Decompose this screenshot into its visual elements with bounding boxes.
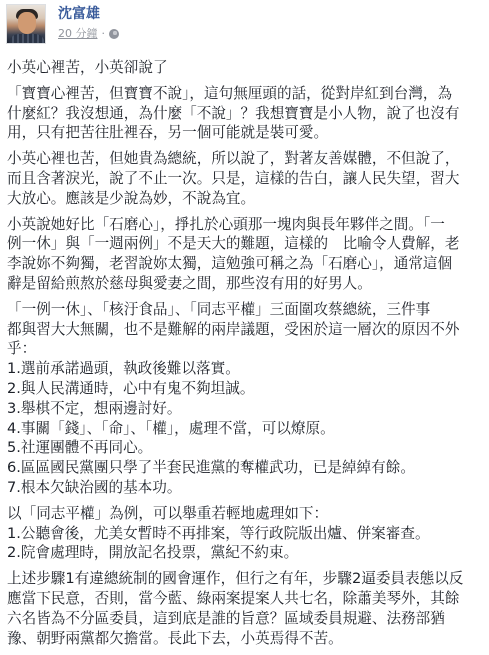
text-line: 小英心裡也苦，但她貴為總統，所以說了，對著友善媒體，不但說了， <box>7 149 485 169</box>
list-item: 5.社運團體不再同心。 <box>7 438 485 458</box>
paragraph-4: 「一例一休」、「核汙食品」、「同志平權」三面圍攻蔡總統，三件事 都與習大大無關，… <box>7 300 485 498</box>
text-line: 例一休」與「一週兩例」不是天大的難題，這樣的 比喻令人費解，老 <box>7 234 485 254</box>
text-line: 乎： <box>7 339 485 359</box>
globe-icon[interactable] <box>109 29 119 39</box>
post-meta: 沈富雄 20 分鐘 · <box>58 4 119 42</box>
text-line: 都與習大大無關，也不是難解的兩岸議題，受困於這一層次的原因不外 <box>7 320 485 340</box>
paragraph-2: 小英心裡也苦，但她貴為總統，所以說了，對著友善媒體，不但說了， 而且含著淚光，說… <box>7 149 485 208</box>
text-line: 上述步驟1有違總統制的國會運作，但行之有年，步驟2逼委員表態以反 <box>7 569 485 589</box>
paragraph-1: 「寶寶心裡苦，但寶寶不說」，這句無厘頭的話，從對岸紅到台灣，為 什麼紅？我沒想通… <box>7 84 485 143</box>
list-item: 1.公聽會後，尤美女暫時不再排案，等行政院版出爐、併案審查。 <box>7 524 485 544</box>
text-line: 豫、朝野兩黨都欠擔當。長此下去，小英焉得不苦。 <box>7 629 485 649</box>
list-item: 1.選前承諾過頭，執政後難以落實。 <box>7 359 485 379</box>
timestamp-link[interactable]: 20 分鐘 <box>58 26 98 42</box>
text-line: 李說妳不夠獨，老習說妳太獨，這勉強可稱之為「石磨心」，通常這個 <box>7 254 485 274</box>
avatar[interactable] <box>6 4 46 44</box>
list-item: 4.事關「錢」、「命」、「權」，處理不當，可以燎原。 <box>7 419 485 439</box>
paragraph-5: 以「同志平權」為例，可以舉重若輕地處理如下： 1.公聽會後，尤美女暫時不再排案，… <box>7 504 485 563</box>
text-line: 什麼紅？我沒想通，為什麼「不說」？我想寶寶是小人物，說了也沒有 <box>7 104 485 124</box>
avatar-face <box>18 12 36 34</box>
text-line: 而且含著淚光，說了不止一次。只是，這樣的告白，讓人民失望，習大 <box>7 169 485 189</box>
list-item: 2.與人民溝通時，心中有鬼不夠坦誠。 <box>7 379 485 399</box>
text-line: 六名皆為不分區委員，這到底是誰的旨意？區域委員規避、法務部猶 <box>7 609 485 629</box>
avatar-shirt <box>9 34 45 44</box>
text-line: 大放心。應該是少說為妙，不說為宜。 <box>7 189 485 209</box>
list-item: 6.區區國民黨團只學了半套民進黨的奪權武功，已是綽綽有餘。 <box>7 458 485 478</box>
text-line: 「寶寶心裡苦，但寶寶不說」，這句無厘頭的話，從對岸紅到台灣，為 <box>7 84 485 104</box>
post-header: 沈富雄 20 分鐘 · <box>6 4 119 46</box>
list-item: 2.院會處理時，開放記名投票，黨紀不約束。 <box>7 543 485 563</box>
paragraph-3: 小英說她好比「石磨心」，掙扎於心頭那一塊肉與長年夥伴之間。「一 例一休」與「一週… <box>7 215 485 294</box>
post-subline: 20 分鐘 · <box>58 26 119 42</box>
text-line: 小英心裡苦，小英卻說了 <box>7 58 485 78</box>
text-line: 應當下民意，否則，當今藍、綠兩案提案人共七名，除蕭美琴外，其餘 <box>7 589 485 609</box>
text-line: 辭是留給煎熬於慈母與愛妻之間，那些沒有用的好男人。 <box>7 274 485 294</box>
list-item: 3.舉棋不定，想兩邊討好。 <box>7 399 485 419</box>
text-line: 小英說她好比「石磨心」，掙扎於心頭那一塊肉與長年夥伴之間。「一 <box>7 215 485 235</box>
text-line: 用，只有把苦往肚裡吞，另一個可能就是裝可愛。 <box>7 123 485 143</box>
list-item: 7.根本欠缺治國的基本功。 <box>7 478 485 498</box>
paragraph-title: 小英心裡苦，小英卻說了 <box>7 58 485 78</box>
paragraph-6: 上述步驟1有違總統制的國會運作，但行之有年，步驟2逼委員表態以反 應當下民意，否… <box>7 569 485 648</box>
text-line: 「一例一休」、「核汙食品」、「同志平權」三面圍攻蔡總統，三件事 <box>7 300 485 320</box>
text-line: 以「同志平權」為例，可以舉重若輕地處理如下： <box>7 504 485 524</box>
separator: · <box>102 26 106 42</box>
post-body: 小英心裡苦，小英卻說了 「寶寶心裡苦，但寶寶不說」，這句無厘頭的話，從對岸紅到台… <box>7 58 485 654</box>
author-name[interactable]: 沈富雄 <box>58 5 119 23</box>
